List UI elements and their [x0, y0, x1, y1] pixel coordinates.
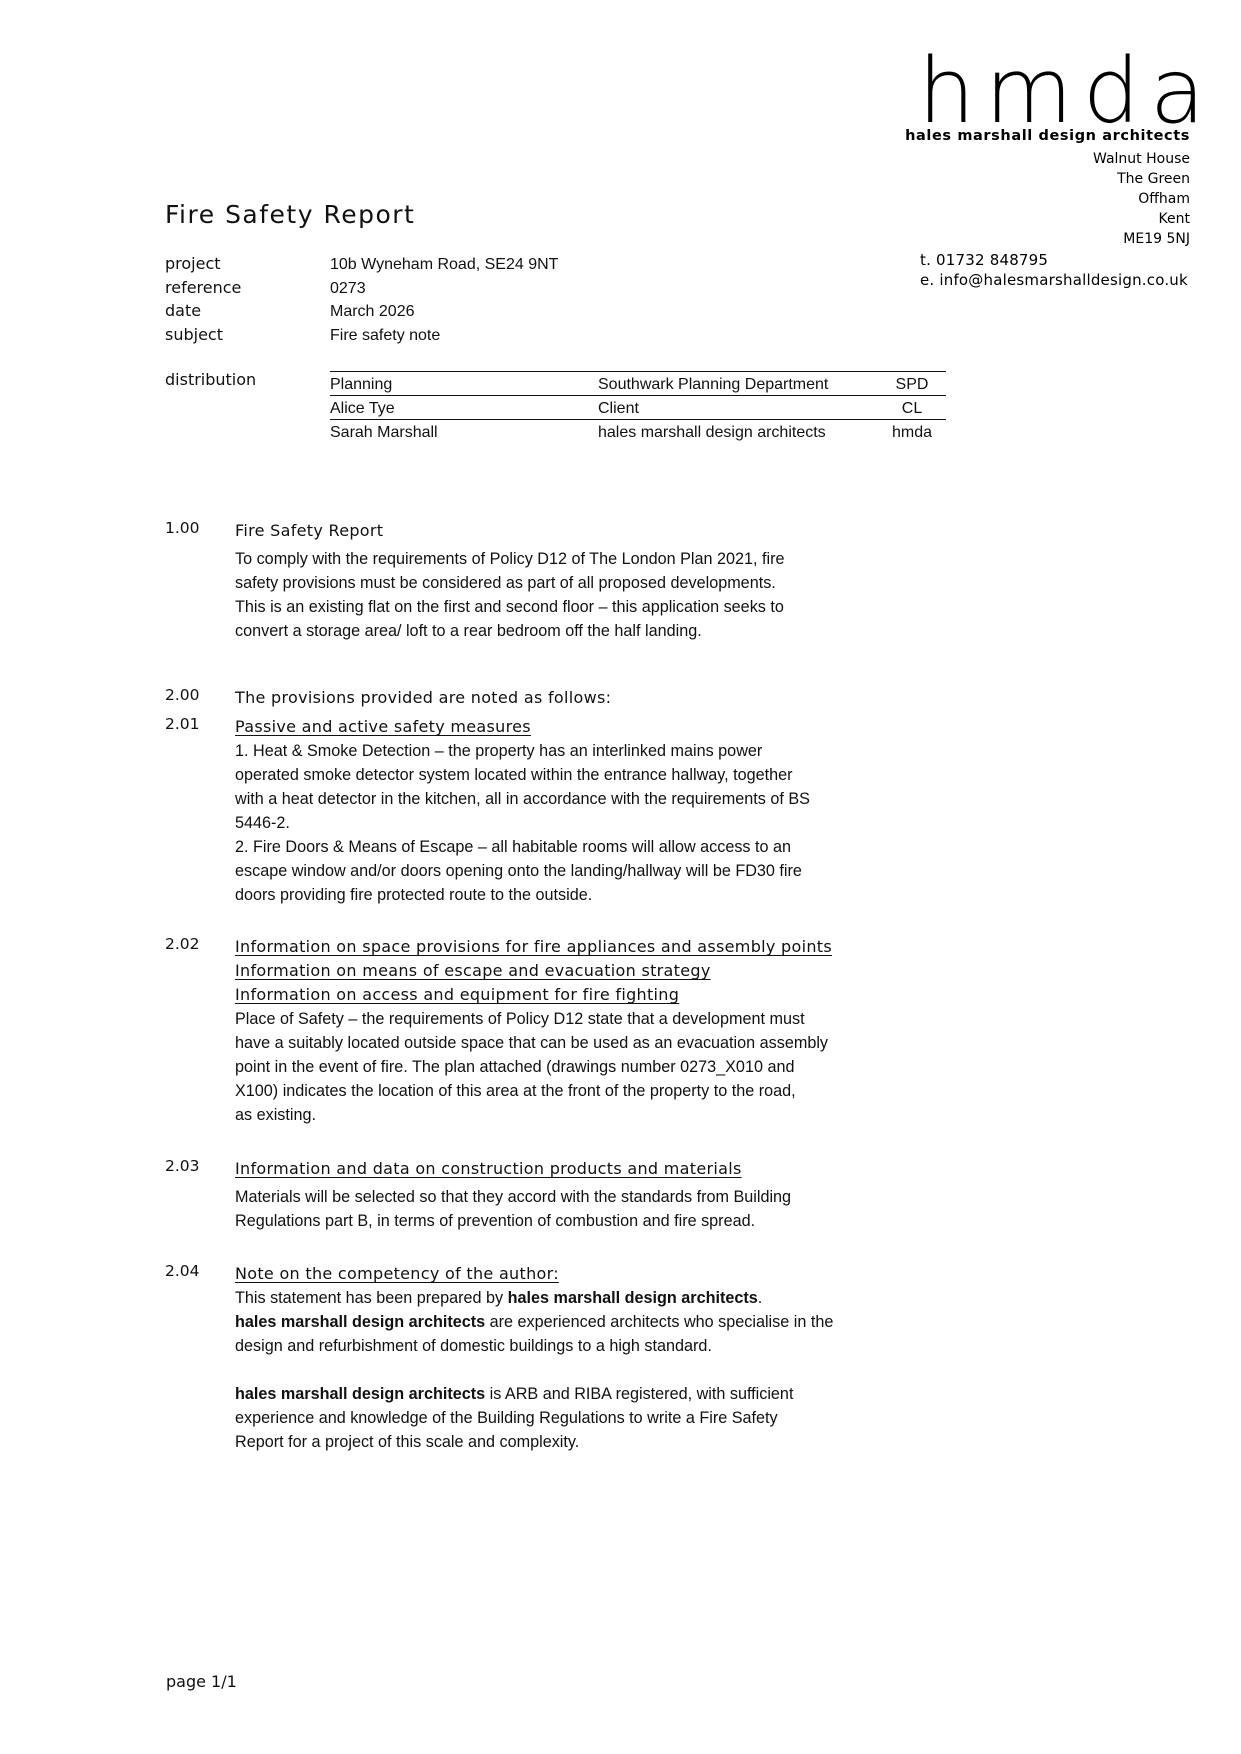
recipient-code: hmda [878, 420, 946, 444]
section-number: 2.00 [165, 686, 235, 710]
meta-value: 0273 [330, 280, 366, 298]
section-text: Place of Safety – the requirements of Po… [235, 1007, 865, 1127]
meta-label: project [165, 254, 330, 273]
text-line: experience and knowledge of the Building… [235, 1406, 865, 1430]
telephone: t. 01732 848795 [920, 250, 1210, 270]
section-heading: Note on the competency of the author: [235, 1262, 865, 1286]
meta-value: March 2026 [330, 303, 415, 321]
text-line: To comply with the requirements of Polic… [235, 547, 865, 571]
company-name: hales marshall design architects [860, 128, 1190, 144]
section-2-03: 2.03 Information and data on constructio… [165, 1157, 865, 1233]
text-line: Report for a project of this scale and c… [235, 1430, 865, 1454]
email: e. info@halesmarshalldesign.co.uk [920, 270, 1210, 290]
section-number: 1.00 [165, 519, 235, 643]
company-address: Walnut House The Green Offham Kent ME19 … [900, 149, 1190, 249]
recipient-code: CL [878, 396, 946, 420]
meta-label: reference [165, 278, 330, 297]
text-line: safety provisions must be considered as … [235, 571, 865, 595]
meta-label: subject [165, 325, 330, 344]
text-line: 2. Fire Doors & Means of Escape – all ha… [235, 835, 865, 859]
text-line: This is an existing flat on the first an… [235, 595, 865, 619]
document-meta: project 10b Wyneham Road, SE24 9NT refer… [165, 254, 558, 348]
text-line: with a heat detector in the kitchen, all… [235, 787, 865, 811]
section-heading: Fire Safety Report [235, 519, 865, 543]
meta-value: 10b Wyneham Road, SE24 9NT [330, 256, 558, 274]
text-line: This statement has been prepared by hale… [235, 1286, 865, 1310]
recipient-name: Sarah Marshall [330, 420, 598, 444]
meta-row-subject: subject Fire safety note [165, 325, 558, 349]
section-2-04: 2.04 Note on the competency of the autho… [165, 1262, 865, 1454]
text-line: 1. Heat & Smoke Detection – the property… [235, 739, 865, 763]
meta-value: Fire safety note [330, 327, 440, 345]
section-text: To comply with the requirements of Polic… [235, 547, 865, 643]
section-heading: Information on means of escape and evacu… [235, 959, 865, 983]
text-line: have a suitably located outside space th… [235, 1031, 865, 1055]
section-text: Materials will be selected so that they … [235, 1185, 865, 1233]
text-line: escape window and/or doors opening onto … [235, 859, 865, 883]
text-line: as existing. [235, 1103, 865, 1127]
section-text: 1. Heat & Smoke Detection – the property… [235, 739, 865, 907]
company-contact: t. 01732 848795 e. info@halesmarshalldes… [920, 250, 1210, 290]
text-line: design and refurbishment of domestic bui… [235, 1334, 865, 1358]
meta-row-reference: reference 0273 [165, 278, 558, 302]
address-line: Walnut House [900, 149, 1190, 169]
recipient-name: Planning [330, 372, 598, 396]
text-line: X100) indicates the location of this are… [235, 1079, 865, 1103]
address-line: ME19 5NJ [900, 229, 1190, 249]
address-line: The Green [900, 169, 1190, 189]
table-row: Sarah Marshall hales marshall design arc… [330, 420, 946, 444]
section-heading: Information on access and equipment for … [235, 983, 865, 1007]
distribution-label: distribution [165, 370, 256, 389]
recipient-organisation: hales marshall design architects [598, 420, 878, 444]
distribution-table: Planning Southwark Planning Department S… [330, 371, 946, 443]
company-logo: hmda [918, 52, 1190, 132]
page-number: page 1/1 [166, 1672, 237, 1691]
section-heading: Information and data on construction pro… [235, 1157, 865, 1181]
table-row: Alice Tye Client CL [330, 396, 946, 420]
meta-label: date [165, 301, 330, 320]
section-heading: Information on space provisions for fire… [235, 935, 865, 959]
section-text: This statement has been prepared by hale… [235, 1286, 865, 1454]
section-number: 2.03 [165, 1157, 235, 1233]
recipient-organisation: Southwark Planning Department [598, 372, 878, 396]
recipient-code: SPD [878, 372, 946, 396]
text-line: 5446-2. [235, 811, 865, 835]
section-2-00: 2.00 The provisions provided are noted a… [165, 686, 865, 710]
section-number: 2.02 [165, 935, 235, 1127]
address-line: Kent [900, 209, 1190, 229]
text-line: doors providing fire protected route to … [235, 883, 865, 907]
section-2-01: 2.01 Passive and active safety measures … [165, 715, 865, 907]
section-heading: The provisions provided are noted as fol… [235, 686, 611, 710]
text-line: Regulations part B, in terms of preventi… [235, 1209, 865, 1233]
text-line: point in the event of fire. The plan att… [235, 1055, 865, 1079]
section-2-02: 2.02 Information on space provisions for… [165, 935, 865, 1127]
section-number: 2.04 [165, 1262, 235, 1454]
document-title: Fire Safety Report [165, 200, 415, 229]
text-line: convert a storage area/ loft to a rear b… [235, 619, 865, 643]
recipient-organisation: Client [598, 396, 878, 420]
section-1-00: 1.00 Fire Safety Report To comply with t… [165, 519, 865, 643]
section-number: 2.01 [165, 715, 235, 907]
text-line: operated smoke detector system located w… [235, 763, 865, 787]
address-line: Offham [900, 189, 1190, 209]
table-row: Planning Southwark Planning Department S… [330, 372, 946, 396]
recipient-name: Alice Tye [330, 396, 598, 420]
section-heading: Passive and active safety measures [235, 715, 865, 739]
text-line: Materials will be selected so that they … [235, 1185, 865, 1209]
meta-row-project: project 10b Wyneham Road, SE24 9NT [165, 254, 558, 278]
text-line: hales marshall design architects are exp… [235, 1310, 865, 1334]
text-line: hales marshall design architects is ARB … [235, 1382, 865, 1406]
text-line: Place of Safety – the requirements of Po… [235, 1007, 865, 1031]
meta-row-date: date March 2026 [165, 301, 558, 325]
